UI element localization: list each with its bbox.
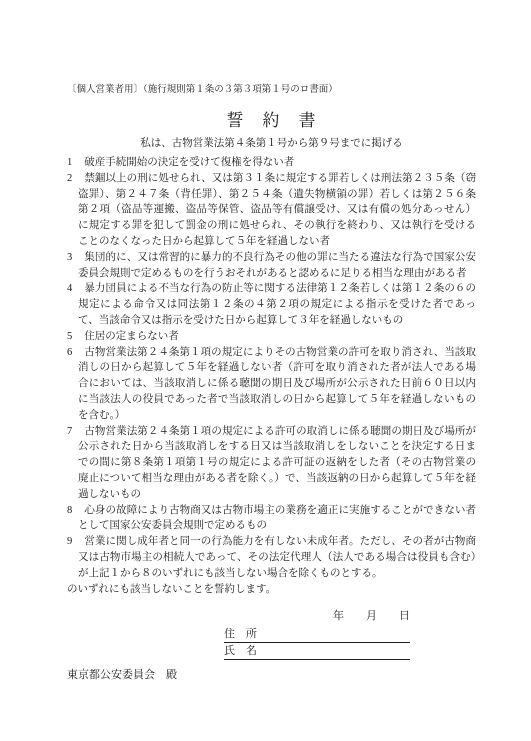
clause-item: 9営業に関し成年者と同一の行為能力を有しない未成年者。ただし、その者が古物商又は… bbox=[67, 534, 476, 581]
clause-text: 集団的に、又は常習的に暴力的不良行為その他の罪に当たる違法な行為で国家公安委員会… bbox=[78, 252, 476, 279]
clause-text: 心身の故障により古物商又は古物市場主の業務を適正に実施することができない者として… bbox=[78, 505, 476, 532]
name-field-label: 氏 名 bbox=[224, 645, 257, 657]
clause-number: 9 bbox=[67, 536, 72, 547]
clause-text: 古物営業法第２４条第１項の規定による許可の取消しに係る聴聞の期日及び場所が公示さ… bbox=[78, 426, 476, 500]
address-field-label: 住 所 bbox=[224, 628, 257, 640]
form-type-note: 〔個人営業者用〕（施行規則第１条の３第３項第１号のロ書面） bbox=[67, 84, 476, 97]
signature-block: 年 月 日 住 所 氏 名 bbox=[67, 608, 476, 660]
clause-text: 住居の定まらない者 bbox=[84, 331, 179, 342]
clause-number: 4 bbox=[67, 283, 72, 294]
pledge-document-page: 〔個人営業者用〕（施行規則第１条の３第３項第１号のロ書面） 誓 約 書 私は、古… bbox=[0, 0, 531, 741]
clause-list: 1破産手続開始の決定を受けて復権を得ない者 2禁錮以上の刑に処せられ、又は第３１… bbox=[67, 155, 476, 582]
clause-number: 1 bbox=[67, 157, 72, 168]
clause-item: 3集団的に、又は常習的に暴力的不良行為その他の罪に当たる違法な行為で国家公安委員… bbox=[67, 250, 476, 282]
clause-item: 1破産手続開始の決定を受けて復権を得ない者 bbox=[67, 155, 476, 171]
closing-sentence: のいずれにも該当しないことを誓約します。 bbox=[67, 582, 476, 598]
clause-number: 3 bbox=[67, 252, 72, 263]
document-title: 誓 約 書 bbox=[67, 106, 476, 131]
lead-sentence: 私は、古物営業法第４条第１号から第９号までに掲げる bbox=[67, 136, 476, 152]
clause-item: 4暴力団員による不当な行為の防止等に関する法律第１２条若しくは第１２条の６の規定… bbox=[67, 281, 476, 328]
clause-item: 2禁錮以上の刑に処せられ、又は第３１条に規定する罪若しくは刑法第２３５条（窃盗罪… bbox=[67, 171, 476, 250]
date-line: 年 月 日 bbox=[67, 608, 476, 624]
clause-number: 8 bbox=[67, 505, 72, 516]
clause-item: 7古物営業法第２４条第１項の規定による許可の取消しに係る聴聞の期日及び場所が公示… bbox=[67, 424, 476, 503]
clause-text: 営業に関し成年者と同一の行為能力を有しない未成年者。ただし、その者が古物商又は古… bbox=[78, 536, 476, 579]
clause-text: 禁錮以上の刑に処せられ、又は第３１条に規定する罪若しくは刑法第２３５条（窃盗罪）… bbox=[78, 173, 476, 247]
clause-item: 8心身の故障により古物商又は古物市場主の業務を適正に実施することができない者とし… bbox=[67, 503, 476, 535]
clause-text: 破産手続開始の決定を受けて復権を得ない者 bbox=[84, 157, 294, 168]
clause-number: 5 bbox=[67, 331, 72, 342]
addressee-line: 東京都公安委員会 殿 bbox=[67, 667, 476, 683]
address-field: 住 所 bbox=[224, 627, 410, 643]
clause-item: 5住居の定まらない者 bbox=[67, 329, 476, 345]
clause-item: 6古物営業法第２４条第１項の規定によりその古物営業の許可を取り消され、当該取消し… bbox=[67, 345, 476, 424]
clause-text: 暴力団員による不当な行為の防止等に関する法律第１２条若しくは第１２条の６の規定に… bbox=[78, 283, 476, 326]
name-field: 氏 名 bbox=[224, 644, 410, 660]
clause-number: 6 bbox=[67, 347, 72, 358]
clause-number: 2 bbox=[67, 173, 72, 184]
clause-number: 7 bbox=[67, 426, 72, 437]
clause-text: 古物営業法第２４条第１項の規定によりその古物営業の許可を取り消され、当該取消しの… bbox=[78, 347, 476, 421]
